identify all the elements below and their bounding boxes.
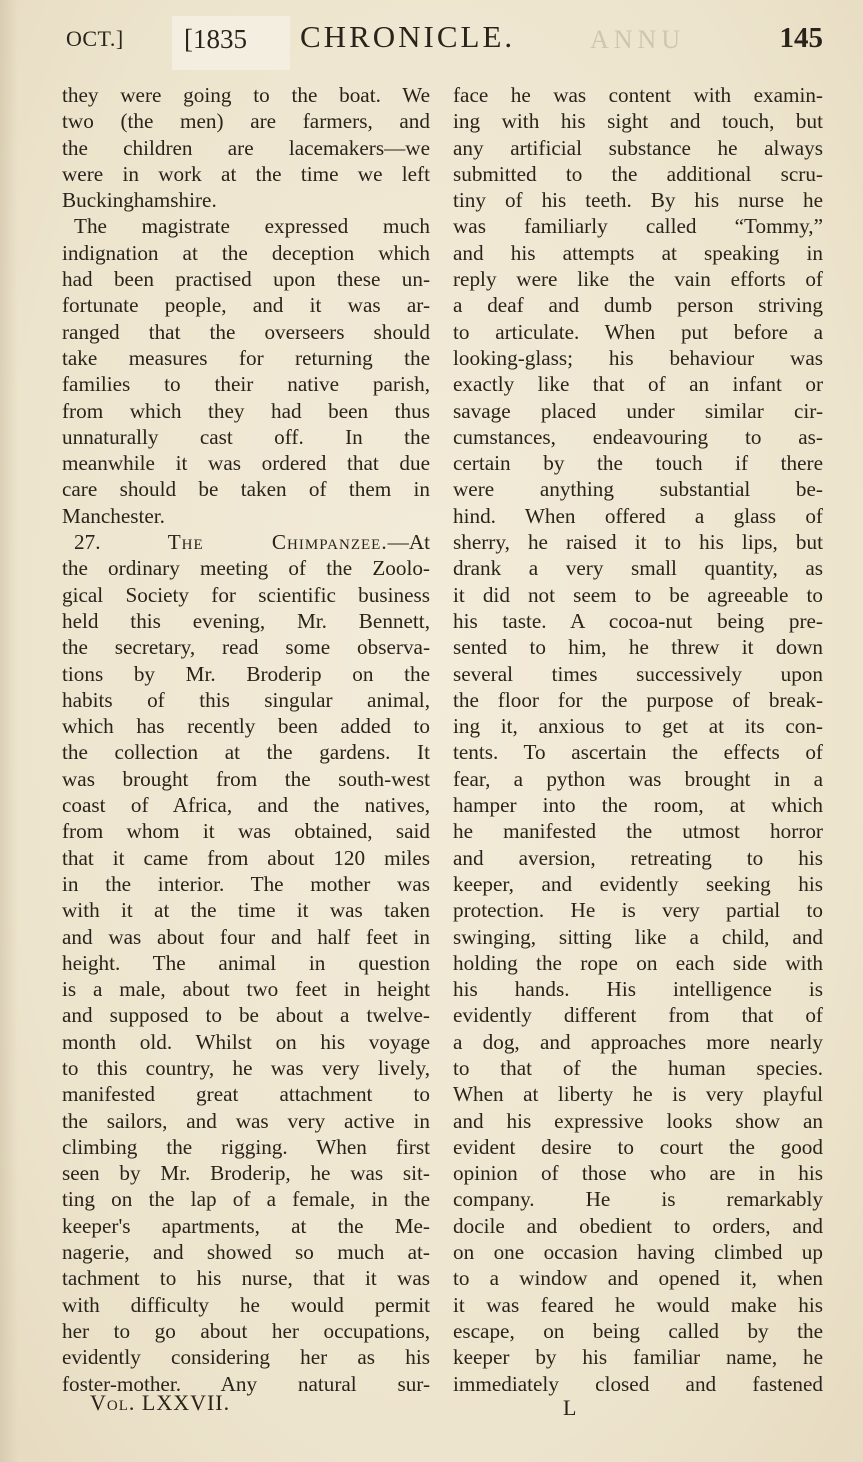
text-line: were in work at the time we left bbox=[62, 161, 430, 187]
text-line: evident desire to court the good bbox=[453, 1134, 823, 1160]
text-line: ing it, anxious to get at its con- bbox=[453, 713, 823, 739]
right-column: face he was content with examin-ing with… bbox=[453, 82, 823, 1397]
text-line: were anything substantial be- bbox=[453, 476, 823, 502]
section-heading: The Chimpanzee. bbox=[168, 530, 388, 554]
volume-label: Vol. LXXVII. bbox=[90, 1390, 230, 1415]
text-line: care should be taken of them in bbox=[62, 476, 430, 502]
text-line: tents. To ascertain the effects of bbox=[453, 739, 823, 765]
spine-shadow bbox=[0, 0, 18, 1462]
text-line: and was about four and half feet in bbox=[62, 924, 430, 950]
text-line: any artificial substance he always bbox=[453, 135, 823, 161]
text-line: evidently considering her as his bbox=[62, 1344, 430, 1370]
text-line: ranged that the overseers should bbox=[62, 319, 430, 345]
text-line: meanwhile it was ordered that due bbox=[62, 450, 430, 476]
text-line: keeper's apartments, at the Me- bbox=[62, 1213, 430, 1239]
text-line: savage placed under similar cir- bbox=[453, 398, 823, 424]
text-line: from whom it was obtained, said bbox=[62, 818, 430, 844]
text-line: opinion of those who are in his bbox=[453, 1160, 823, 1186]
text-line: looking-glass; his behaviour was bbox=[453, 345, 823, 371]
page-number: 145 bbox=[780, 22, 824, 55]
text-line: had been practised upon these un- bbox=[62, 266, 430, 292]
text-line: his hands. His intelligence is bbox=[453, 976, 823, 1002]
text-line: the ordinary meeting of the Zoolo- bbox=[62, 555, 430, 581]
text-line: two (the men) are farmers, and bbox=[62, 108, 430, 134]
text-line: month old. Whilst on his voyage bbox=[62, 1029, 430, 1055]
text-line: submitted to the additional scru- bbox=[453, 161, 823, 187]
text-line: gical Society for scientific business bbox=[62, 582, 430, 608]
text-line: sherry, he raised it to his lips, but bbox=[453, 529, 823, 555]
text-line: hamper into the room, at which bbox=[453, 792, 823, 818]
text-line: and supposed to be about a twelve- bbox=[62, 1002, 430, 1028]
text-line: fear, a python was brought in a bbox=[453, 766, 823, 792]
text-line: holding the rope on each side with bbox=[453, 950, 823, 976]
volume-footer: Vol. LXXVII. bbox=[90, 1390, 230, 1416]
text-line: height. The animal in question bbox=[62, 950, 430, 976]
text-line: coast of Africa, and the natives, bbox=[62, 792, 430, 818]
text-line: swinging, sitting like a child, and bbox=[453, 924, 823, 950]
left-column: they were going to the boat. Wetwo (the … bbox=[62, 82, 430, 1397]
text-line: sented to him, he threw it down bbox=[453, 634, 823, 660]
text-line: fortunate people, and it was ar- bbox=[62, 292, 430, 318]
header-show-through-text: ANNU bbox=[590, 25, 685, 55]
text-line: with difficulty he would permit bbox=[62, 1292, 430, 1318]
text-line: was brought from the south-west bbox=[62, 766, 430, 792]
text-line: in the interior. The mother was bbox=[62, 871, 430, 897]
text-line: he manifested the utmost horror bbox=[453, 818, 823, 844]
text-line: tachment to his nurse, that it was bbox=[62, 1265, 430, 1291]
text-line: exactly like that of an infant or bbox=[453, 371, 823, 397]
header-year: [1835 bbox=[184, 24, 247, 55]
text-line: When at liberty he is very playful bbox=[453, 1081, 823, 1107]
text-line: on one occasion having climbed up bbox=[453, 1239, 823, 1265]
book-page: OCT.] [1835 CHRONICLE. ANNU 145 they wer… bbox=[0, 0, 863, 1462]
text-line: his taste. A cocoa-nut being pre- bbox=[453, 608, 823, 634]
running-header: OCT.] [1835 CHRONICLE. ANNU 145 bbox=[0, 14, 863, 54]
text-line: indignation at the deception which bbox=[62, 240, 430, 266]
text-line: keeper by his familiar name, he bbox=[453, 1344, 823, 1370]
text-line: ting on the lap of a female, in the bbox=[62, 1186, 430, 1212]
text-line: that it came from about 120 miles bbox=[62, 845, 430, 871]
text-line: drank a very small quantity, as bbox=[453, 555, 823, 581]
text-line: is a male, about two feet in height bbox=[62, 976, 430, 1002]
text-line: take measures for returning the bbox=[62, 345, 430, 371]
text-line: manifested great attachment to bbox=[62, 1081, 430, 1107]
text-line: the secretary, read some observa- bbox=[62, 634, 430, 660]
text-line: docile and obedient to orders, and bbox=[453, 1213, 823, 1239]
text-line: The magistrate expressed much bbox=[62, 213, 430, 239]
text-line: from which they had been thus bbox=[62, 398, 430, 424]
text-line: seen by Mr. Broderip, he was sit- bbox=[62, 1160, 430, 1186]
text-line: unnaturally cast off. In the bbox=[62, 424, 430, 450]
text-line: nagerie, and showed so much at- bbox=[62, 1239, 430, 1265]
text-line: cumstances, endeavouring to as- bbox=[453, 424, 823, 450]
text-line: to articulate. When put before a bbox=[453, 319, 823, 345]
text-line: which has recently been added to bbox=[62, 713, 430, 739]
text-line: with it at the time it was taken bbox=[62, 897, 430, 923]
text-line: to that of the human species. bbox=[453, 1055, 823, 1081]
text-line: the floor for the purpose of break- bbox=[453, 687, 823, 713]
text-line: 27. The Chimpanzee.—At bbox=[62, 529, 430, 555]
text-line: to this country, he was very lively, bbox=[62, 1055, 430, 1081]
signature-mark: L bbox=[563, 1395, 576, 1421]
text-line: and his attempts at speaking in bbox=[453, 240, 823, 266]
text-line: families to their native parish, bbox=[62, 371, 430, 397]
text-line: they were going to the boat. We bbox=[62, 82, 430, 108]
text-line: face he was content with examin- bbox=[453, 82, 823, 108]
text-line: Manchester. bbox=[62, 503, 430, 529]
text-line: Buckinghamshire. bbox=[62, 187, 430, 213]
text-line: it was feared he would make his bbox=[453, 1292, 823, 1318]
text-line: evidently different from that of bbox=[453, 1002, 823, 1028]
text-line: was familiarly called “Tommy,” bbox=[453, 213, 823, 239]
text-line: habits of this singular animal, bbox=[62, 687, 430, 713]
text-line: immediately closed and fastened bbox=[453, 1371, 823, 1397]
text-line: tiny of his teeth. By his nurse he bbox=[453, 187, 823, 213]
text-line: climbing the rigging. When first bbox=[62, 1134, 430, 1160]
text-line: several times successively upon bbox=[453, 661, 823, 687]
text-line: a dog, and approaches more nearly bbox=[453, 1029, 823, 1055]
text-line: her to go about her occupations, bbox=[62, 1318, 430, 1344]
text-line: hind. When offered a glass of bbox=[453, 503, 823, 529]
text-line: to a window and opened it, when bbox=[453, 1265, 823, 1291]
text-line: a deaf and dumb person striving bbox=[453, 292, 823, 318]
text-line: tions by Mr. Broderip on the bbox=[62, 661, 430, 687]
text-line: keeper, and evidently seeking his bbox=[453, 871, 823, 897]
text-line: ing with his sight and touch, but bbox=[453, 108, 823, 134]
text-line: and aversion, retreating to his bbox=[453, 845, 823, 871]
text-line: company. He is remarkably bbox=[453, 1186, 823, 1212]
text-line: the children are lacemakers—we bbox=[62, 135, 430, 161]
text-line: the sailors, and was very active in bbox=[62, 1108, 430, 1134]
header-title: CHRONICLE. bbox=[300, 19, 515, 55]
text-line: reply were like the vain efforts of bbox=[453, 266, 823, 292]
text-line: certain by the touch if there bbox=[453, 450, 823, 476]
text-line: the collection at the gardens. It bbox=[62, 739, 430, 765]
text-line: held this evening, Mr. Bennett, bbox=[62, 608, 430, 634]
header-month: OCT.] bbox=[66, 26, 124, 52]
text-line: it did not seem to be agreeable to bbox=[453, 582, 823, 608]
text-line: protection. He is very partial to bbox=[453, 897, 823, 923]
text-line: escape, on being called by the bbox=[453, 1318, 823, 1344]
text-line: and his expressive looks show an bbox=[453, 1108, 823, 1134]
